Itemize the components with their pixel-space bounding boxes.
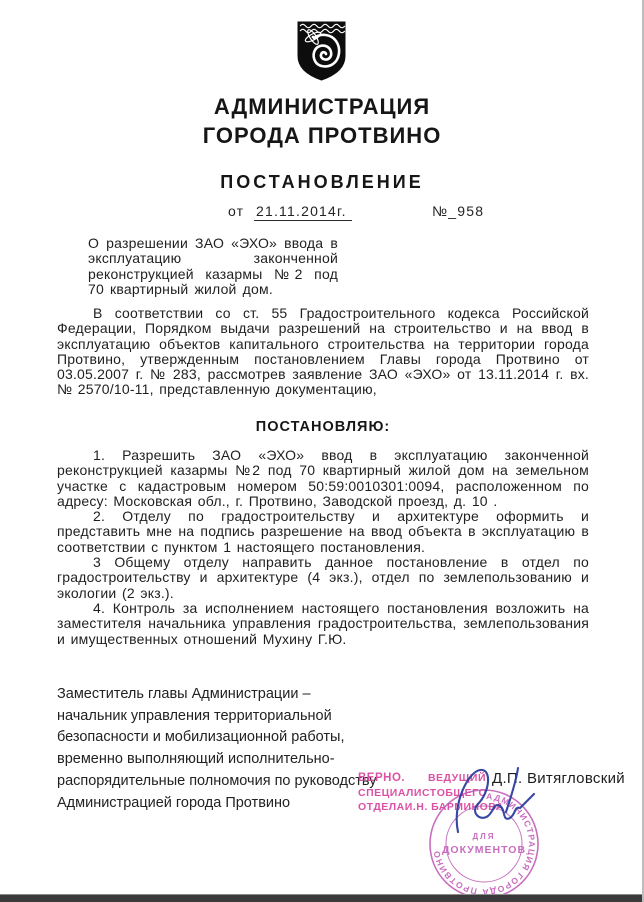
signature-title-line: Администрацией города Протвино <box>57 793 402 815</box>
date-prefix: от <box>228 203 244 219</box>
signature-title-line: начальник управления территориальной <box>57 706 402 728</box>
org-title-line2: ГОРОДА ПРОТВИНО <box>0 121 644 150</box>
signature-title-line: распорядительные полномочия по руководст… <box>57 771 402 793</box>
signature-title-line: Заместитель главы Администрации – <box>57 684 402 706</box>
signature-title-block: Заместитель главы Администрации – началь… <box>57 684 402 814</box>
resolution-item-4: 4. Контроль за исполнением настоящего по… <box>57 601 589 647</box>
resolution-item-2: 2. Отделу по градостроительству и архите… <box>57 509 589 555</box>
scan-edge-bar <box>0 894 644 902</box>
preamble-paragraph: В соответствии со ст. 55 Градостроительн… <box>57 306 589 398</box>
doc-number: №_958 <box>432 203 484 219</box>
doc-number-separator: _ <box>448 203 457 219</box>
doc-subject: О разрешении ЗАО «ЭХО» ввода в эксплуата… <box>88 236 338 298</box>
certify-verno-label: ВЕРНО. <box>358 771 405 786</box>
handwritten-signature <box>446 762 546 852</box>
doc-number-value: 958 <box>457 203 484 219</box>
doc-type-heading: ПОСТАНОВЛЕНИЕ <box>0 172 644 193</box>
doc-date: 21.11.2014г. <box>254 203 352 221</box>
org-title-line1: АДМИНИСТРАЦИЯ <box>0 92 644 121</box>
signature-title-line: безопасности и мобилизационной работы, <box>57 727 402 749</box>
resolution-item-1: 1. Разрешить ЗАО «ЭХО» ввод в эксплуатац… <box>57 448 589 509</box>
resolution-heading: ПОСТАНОВЛЯЮ: <box>57 419 589 435</box>
resolution-item-3: 3 Общему отделу направить данное постано… <box>57 555 589 601</box>
org-title: АДМИНИСТРАЦИЯ ГОРОДА ПРОТВИНО <box>0 92 644 150</box>
certify-text: ОТДЕЛА <box>358 800 405 815</box>
doc-number-label: № <box>432 203 448 219</box>
preamble-section: В соответствии со ст. 55 Градостроительн… <box>57 306 589 398</box>
protvino-emblem-icon <box>297 21 346 81</box>
signature-title-line: временно выполняющий исполнительно- <box>57 749 402 771</box>
document-page: АДМИНИСТРАЦИЯ ГОРОДА ПРОТВИНО ПОСТАНОВЛЕ… <box>0 0 644 902</box>
resolution-items: 1. Разрешить ЗАО «ЭХО» ввод в эксплуатац… <box>57 448 589 647</box>
